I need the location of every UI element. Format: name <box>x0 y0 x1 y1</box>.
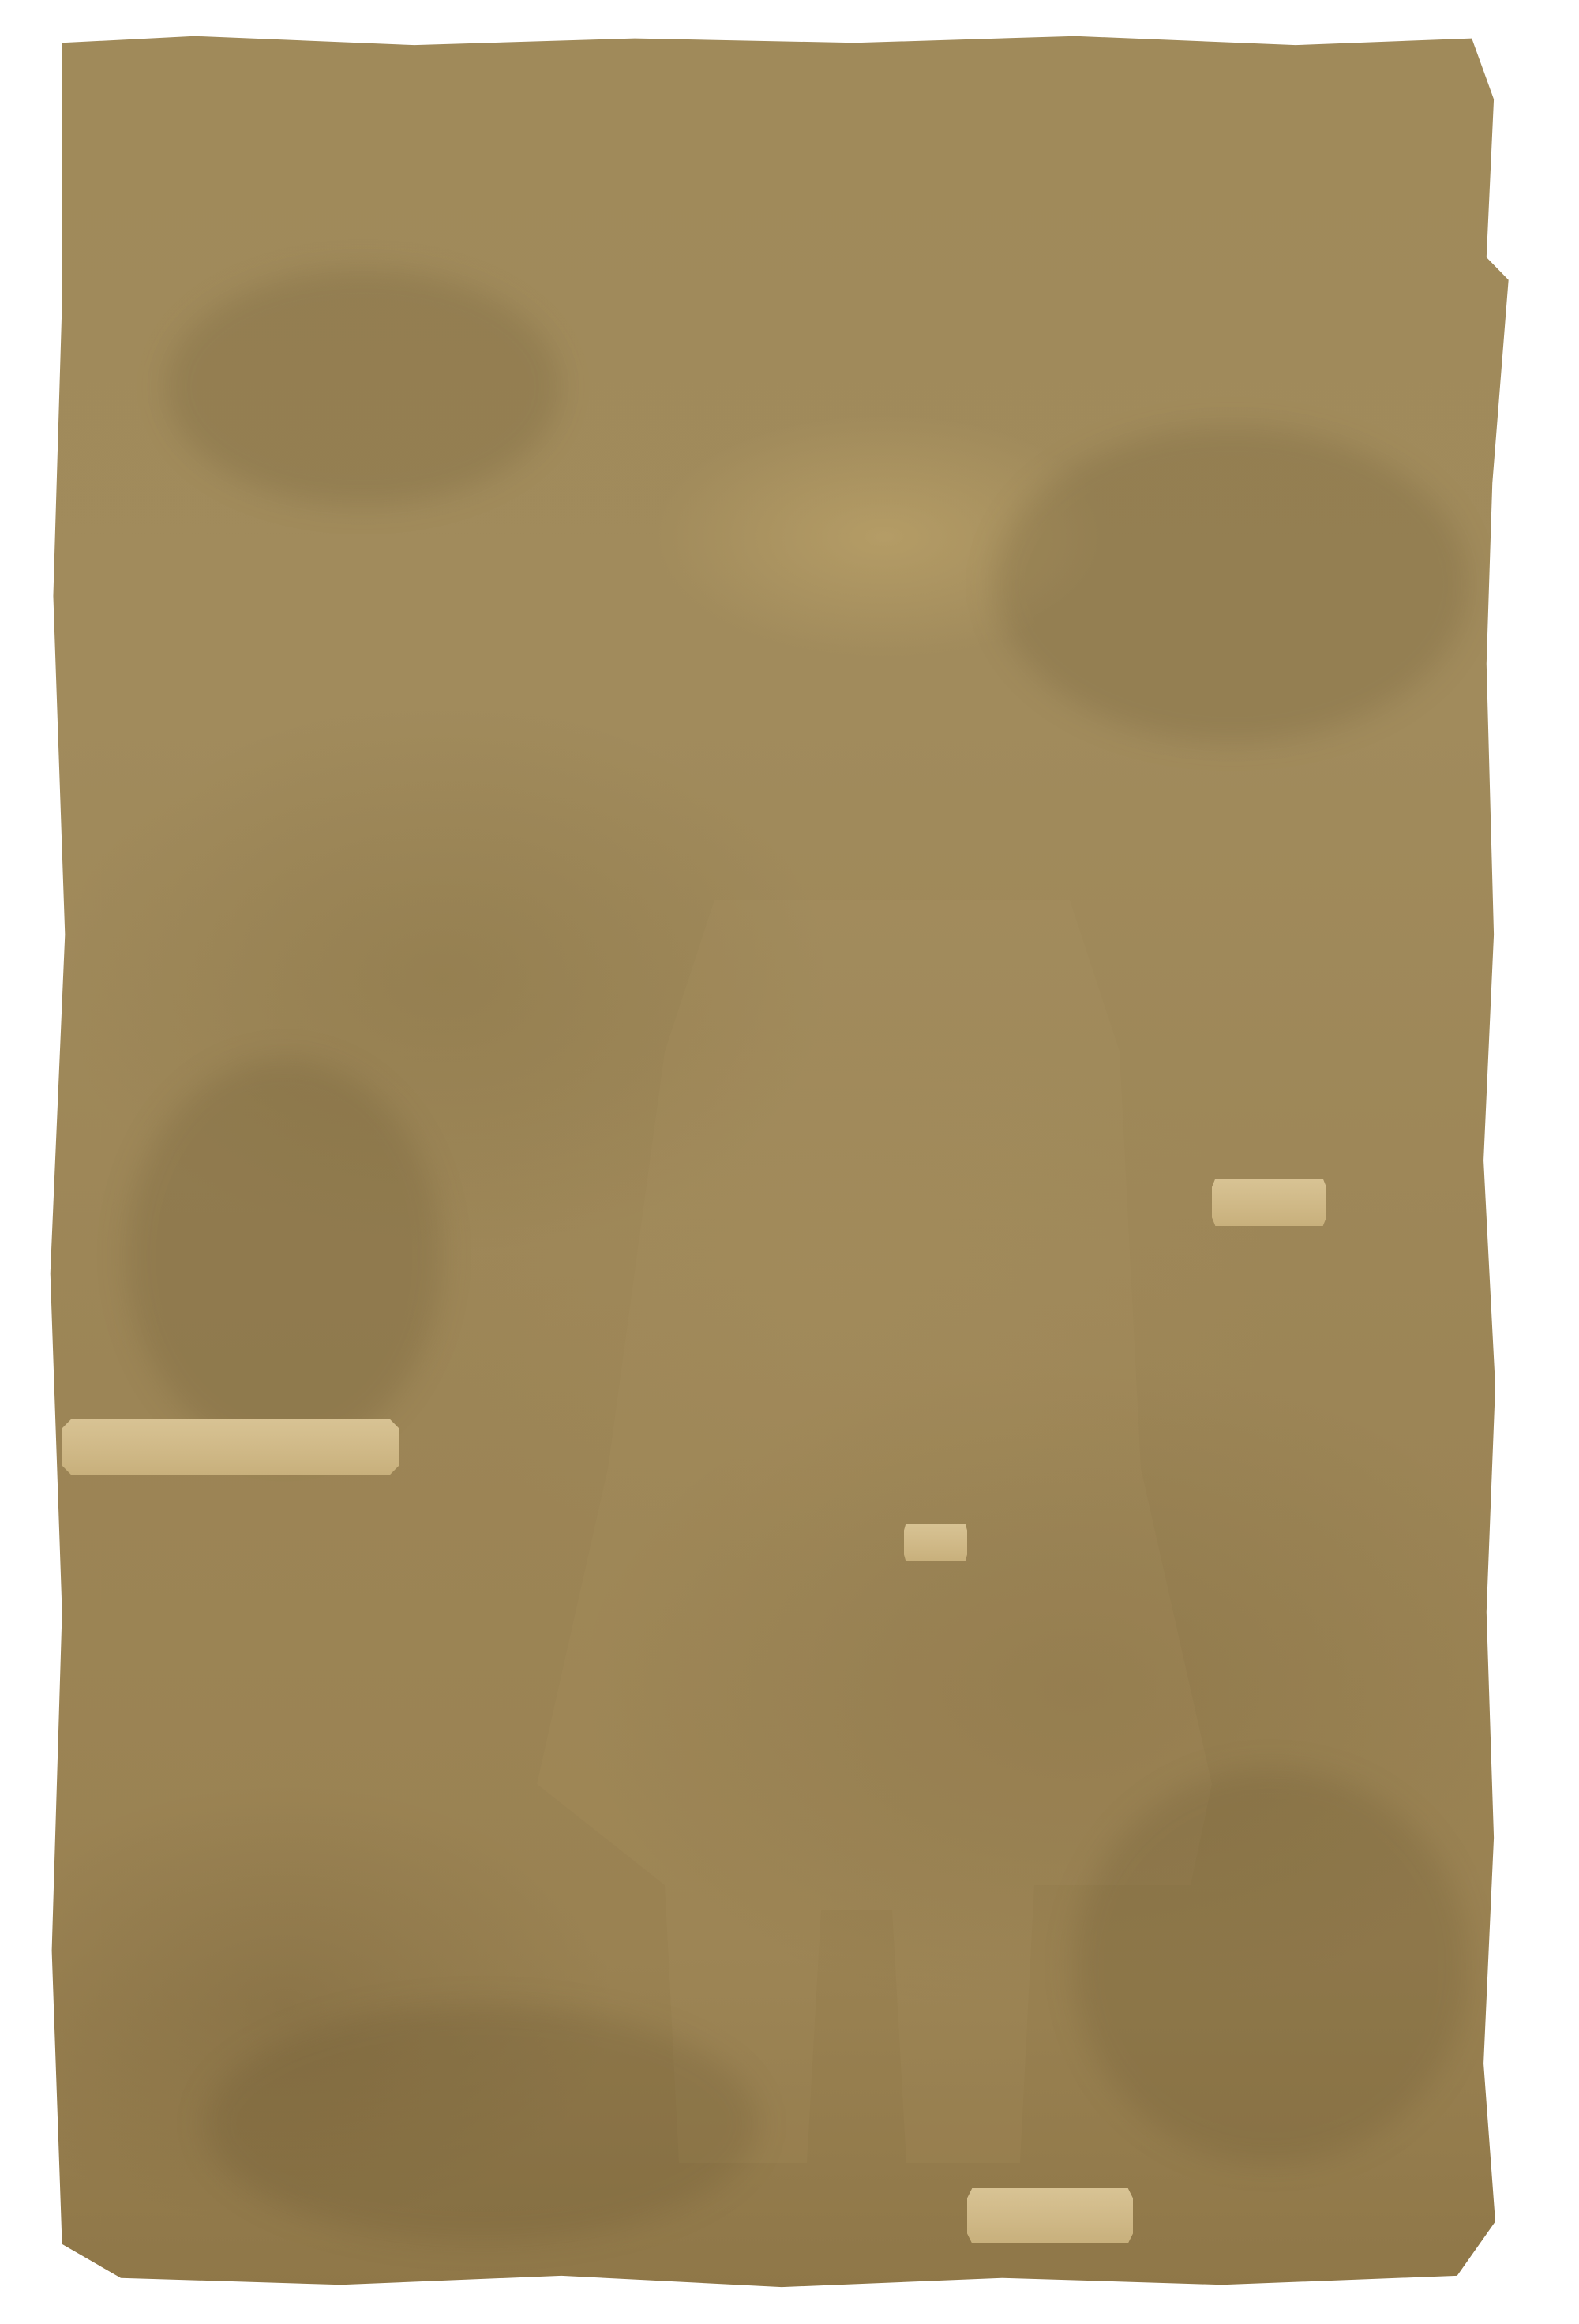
stain <box>205 2005 758 2242</box>
stain <box>1074 1768 1468 2163</box>
aged-cloth <box>47 32 1516 2289</box>
stain <box>995 426 1468 742</box>
paper-label-center <box>904 1524 967 1561</box>
stain <box>126 1058 442 1452</box>
paper-label-bottom <box>967 2188 1133 2243</box>
stain <box>166 268 561 505</box>
paper-label-left <box>62 1419 399 1475</box>
paper-label-right <box>1212 1179 1326 1226</box>
